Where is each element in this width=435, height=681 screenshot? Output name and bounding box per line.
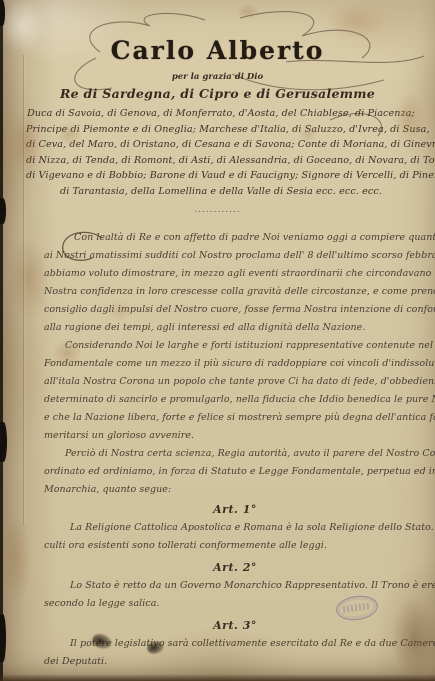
manuscript-line: La Religione Cattolica Apostolica e Roma… xyxy=(44,519,426,537)
manuscript-line: di Tarantasia, della Lomellina e della V… xyxy=(26,184,416,200)
manuscript-line: Perciò di Nostra certa scienza, Regia au… xyxy=(44,445,426,463)
stain xyxy=(236,4,260,20)
page-fold-crease xyxy=(23,55,24,525)
preamble-paragraph-2: Considerando Noi le larghe e forti istit… xyxy=(44,337,426,445)
manuscript-line: meritarsi un glorioso avvenire. xyxy=(44,427,426,445)
binding-blob xyxy=(0,614,6,662)
manuscript-page: Carlo Alberto per la grazia di Dio Re di… xyxy=(0,0,435,681)
manuscript-line: di Ceva, del Maro, di Oristano, di Cesan… xyxy=(26,137,416,153)
article-1-text: La Religione Cattolica Apostolica e Roma… xyxy=(44,519,426,555)
document-title: Carlo Alberto xyxy=(0,36,435,65)
manuscript-line: consiglio dagli impulsi del Nostro cuore… xyxy=(44,301,426,319)
binding-edge xyxy=(0,0,3,681)
manuscript-line: all'itala Nostra Corona un popolo che ta… xyxy=(44,373,426,391)
manuscript-line: culti ora esistenti sono tollerati confo… xyxy=(44,537,426,555)
manuscript-line: Con lealtà di Re e con affetto di padre … xyxy=(44,229,426,247)
manuscript-line: Lo Stato è retto da un Governo Monarchic… xyxy=(44,577,426,595)
preamble-paragraph-3: Perciò di Nostra certa scienza, Regia au… xyxy=(44,445,426,499)
article-2-heading: Art. 2° xyxy=(44,559,426,577)
manuscript-line: Duca di Savoia, di Genova, di Monferrato… xyxy=(26,106,416,122)
manuscript-line: dei Deputati. xyxy=(44,653,426,671)
page-bottom-edge xyxy=(0,674,435,681)
manuscript-line: Monarchia, quanto segue: xyxy=(44,481,426,499)
stain xyxy=(0,512,32,604)
manuscript-line: Nostra confidenza in loro crescesse coll… xyxy=(44,283,426,301)
manuscript-line: e che la Nazione libera, forte e felice … xyxy=(44,409,426,427)
preamble-paragraph-1: Con lealtà di Re e con affetto di padre … xyxy=(44,229,426,337)
manuscript-line: alla ragione dei tempi, agli interessi e… xyxy=(44,319,426,337)
manuscript-line: Considerando Noi le larghe e forti istit… xyxy=(44,337,426,355)
section-divider: ............ xyxy=(0,205,435,215)
manuscript-line: di Vigevano e di Bobbio; Barone di Vaud … xyxy=(26,168,416,184)
binding-blob xyxy=(0,198,6,224)
royal-title-line: Re di Sardegna, di Cipro e di Gerusalemm… xyxy=(0,86,435,101)
manuscript-line: ai Nostri amatissimi sudditi col Nostro … xyxy=(44,247,426,265)
binding-blob xyxy=(0,422,7,462)
article-1-heading: Art. 1° xyxy=(44,501,426,519)
royal-titles-block: Duca di Savoia, di Genova, di Monferrato… xyxy=(26,106,416,200)
manuscript-line: abbiamo voluto dimostrare, in mezzo agli… xyxy=(44,265,426,283)
by-grace-line: per la grazia di Dio xyxy=(0,72,435,82)
manuscript-line: Fondamentale come un mezzo il più sicuro… xyxy=(44,355,426,373)
manuscript-line: ordinato ed ordiniamo, in forza di Statu… xyxy=(44,463,426,481)
binding-blob xyxy=(0,0,5,26)
stamp-text-illegible xyxy=(343,602,372,613)
article-3-heading: Art. 3° xyxy=(44,617,426,635)
manuscript-line: di Nizza, di Tenda, di Romont, di Asti, … xyxy=(26,153,416,169)
stain xyxy=(326,2,386,40)
manuscript-line: determinato di sancirlo e promulgarlo, n… xyxy=(44,391,426,409)
manuscript-line: Principe di Piemonte e di Oneglia; March… xyxy=(26,122,416,138)
